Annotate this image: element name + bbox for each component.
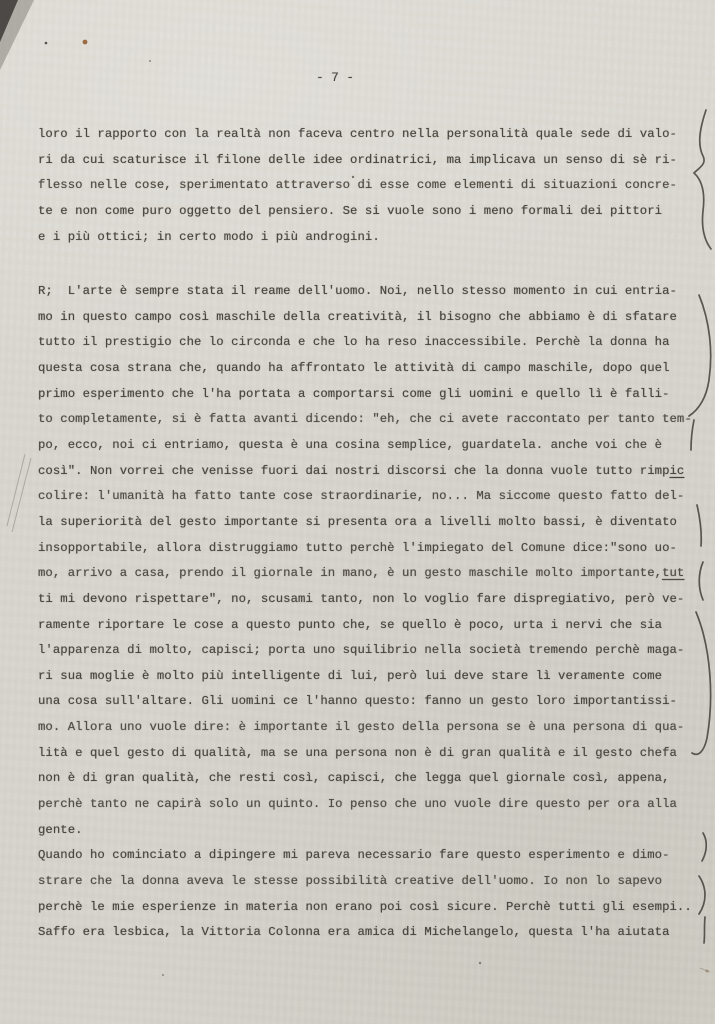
text-line: to completamente, si è fatta avanti dice… (38, 407, 702, 433)
text-line: mo. Allora uno vuole dire: è importante … (38, 715, 702, 741)
text-line: perchè le mie esperienze in materia non … (38, 895, 702, 921)
text-line: colire: l'umanità ha fatto tante cose st… (38, 484, 702, 510)
text-line: strare che la donna aveva le stesse poss… (38, 869, 702, 895)
text-line: una cosa sull'altare. Gli uomini ce l'ha… (38, 689, 702, 715)
text-line: ri sua moglie è molto più intelligente d… (38, 664, 702, 690)
text-line: questa cosa strana che, quando ha affron… (38, 356, 702, 382)
text-line: R; L'arte è sempre stata il reame dell'u… (38, 279, 702, 305)
pencil-slash-icon (7, 454, 25, 526)
typewritten-text-block: loro il rapporto con la realtà non facev… (38, 122, 702, 946)
pen-squiggle-icon (702, 833, 706, 861)
text-line: perchè tanto ne capirà solo un quinto. I… (38, 792, 702, 818)
text-line: la superiorità del gesto importante si p… (38, 510, 702, 536)
text-line: loro il rapporto con la realtà non facev… (38, 122, 702, 148)
faint-dash-icon (700, 968, 710, 972)
pencil-slash-icon (12, 458, 31, 532)
text-line: ri da cui scaturisce il filone delle ide… (38, 148, 702, 174)
text-line: l'apparenza di molto, capisci; porta uno… (38, 638, 702, 664)
rust-speck-icon (706, 970, 709, 973)
text-line: ramente riportare le cose a questo punto… (38, 613, 702, 639)
paragraph-break (38, 250, 702, 279)
text-line: così". Non vorrei che venisse fuori dai … (38, 459, 702, 485)
page-number: - 7 - (300, 71, 370, 85)
scan-edge-shadow (0, 0, 34, 70)
pen-tick-icon (704, 917, 705, 943)
text-line: insopportabile, allora distruggiamo tutt… (38, 536, 702, 562)
text-line: tutto il prestigio che lo circonda e che… (38, 330, 702, 356)
text-line: Saffo era lesbica, la Vittoria Colonna e… (38, 920, 702, 946)
text-line: Quando ho cominciato a dipingere mi pare… (38, 843, 702, 869)
text-line: lità e quel gesto di qualità, ma se una … (38, 741, 702, 767)
text-line: po, ecco, noi ci entriamo, questa è una … (38, 433, 702, 459)
text-line: ti mi devono rispettare", no, scusami ta… (38, 587, 702, 613)
ink-speck-icon (162, 974, 164, 976)
ink-speck-icon (45, 42, 48, 45)
scanned-typewritten-page: - 7 - loro il rapporto con la realtà non… (0, 0, 715, 1024)
text-line: primo esperimento che l'ha portata a com… (38, 382, 702, 408)
ink-speck-icon (149, 60, 151, 62)
text-line: mo, arrivo a casa, prendo il giornale in… (38, 561, 702, 587)
text-line: mo in questo campo così maschile della c… (38, 305, 702, 331)
text-line: gente. (38, 818, 702, 844)
ink-speck-icon (479, 962, 481, 964)
text-line: non è di gran qualità, che resti così, c… (38, 766, 702, 792)
text-line: e i più ottici; in certo modo i più andr… (38, 225, 702, 251)
text-line: flesso nelle cose, sperimentato attraver… (38, 173, 702, 199)
rust-speck-icon (83, 40, 88, 45)
text-line: te e non come puro oggetto del pensiero.… (38, 199, 702, 225)
